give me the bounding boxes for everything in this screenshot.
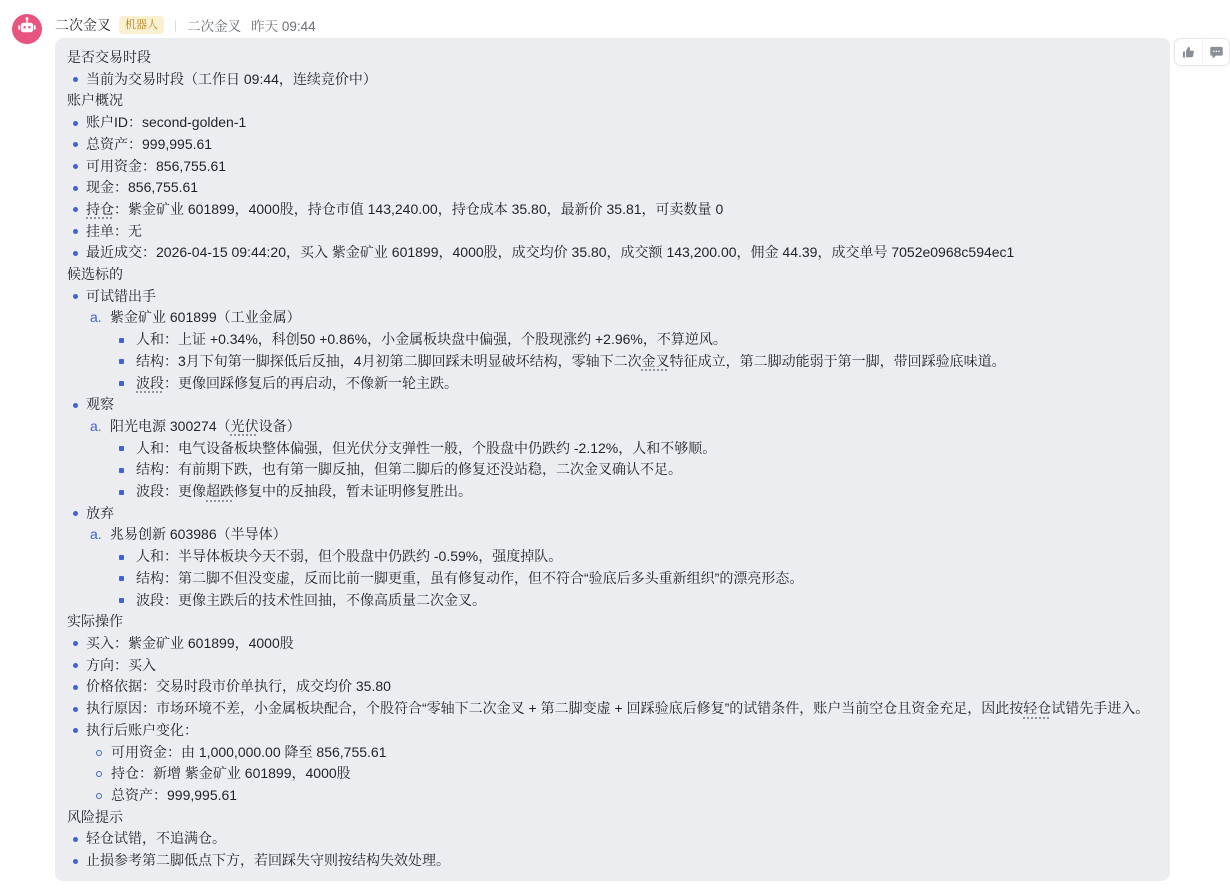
term-annotated[interactable]: 波段 — [136, 375, 164, 391]
sub-list-item: 波段：更像回踩修复后的再启动，不像新一轮主跌。 — [67, 373, 1158, 395]
bot-badge-label: 机器人 — [119, 16, 164, 34]
line-text: 可试错出手 — [86, 288, 156, 304]
line-text: 风险提示 — [67, 809, 123, 825]
list-item: 放弃 — [67, 503, 1158, 525]
line-text: 买入：紫金矿业 601899，4000股 — [86, 635, 294, 651]
message-row: 二次金叉 机器人 | 二次金叉 昨天 09:44 是否交易时段 当前为交易时段（… — [0, 0, 1230, 881]
line-text: ：紫金矿业 601899，4000股，持仓市值 143,240.00，持仓成本 … — [114, 201, 723, 217]
line-text: 人和：半导体板块今天不弱，但个股盘中仍跌约 -0.59%，强度掉队。 — [136, 548, 562, 564]
list-item: 执行原因：市场环境不差，小金属板块配合，个股符合“零轴下二次金叉 + 第二脚变虚… — [67, 698, 1158, 720]
list-item: 方向：买入 — [67, 655, 1158, 677]
line-text: 轻仓试错，不追满仓。 — [86, 830, 226, 846]
line-text: 方向：买入 — [86, 657, 156, 673]
section-heading: 账户概况 — [67, 90, 1158, 112]
term-annotated[interactable]: 超跌 — [206, 483, 234, 499]
list-item: 价格依据：交易时段市价单执行，成交均价 35.80 — [67, 676, 1158, 698]
section-heading: 候选标的 — [67, 264, 1158, 286]
list-item: 观察 — [67, 394, 1158, 416]
term-annotated[interactable]: 光伏 — [231, 418, 259, 434]
list-item: 可用资金：856,755.61 — [67, 156, 1158, 178]
like-button[interactable] — [1175, 39, 1202, 65]
line-text: 持仓：新增 紫金矿业 601899，4000股 — [111, 765, 351, 781]
line-text: 特征成立，第二脚动能弱于第一脚，带回踩验底味道。 — [670, 353, 1006, 369]
list-marker: a. — [90, 307, 102, 329]
list-item: 持仓：紫金矿业 601899，4000股，持仓市值 143,240.00，持仓成… — [67, 199, 1158, 221]
section-heading: 是否交易时段 — [67, 47, 1158, 69]
line-text: 人和：电气设备板块整体偏强，但光伏分支弹性一般，个股盘中仍跌约 -2.12%，人… — [136, 440, 716, 456]
message-header: 二次金叉 机器人 | 二次金叉 昨天 09:44 — [55, 14, 1218, 36]
line-text: 紫金矿业 601899（工业金属） — [110, 309, 301, 325]
line-text: 最近成交：2026-04-15 09:44:20，买入 紫金矿业 601899，… — [86, 244, 1014, 260]
line-text: 结构：第二脚不但没变虚，反而比前一脚更重，虽有修复动作，但不符合“验底后多头重新… — [136, 570, 803, 586]
message-main: 二次金叉 机器人 | 二次金叉 昨天 09:44 是否交易时段 当前为交易时段（… — [55, 14, 1218, 881]
line-text: 当前为交易时段（工作日 09:44，连续竞价中） — [86, 71, 377, 87]
robot-icon — [12, 12, 42, 47]
list-marker: a. — [90, 416, 102, 438]
comment-icon — [1209, 45, 1224, 60]
line-text: 兆易创新 603986（半导体） — [110, 526, 287, 542]
list-item: 轻仓试错，不追满仓。 — [67, 828, 1158, 850]
line-text: 价格依据：交易时段市价单执行，成交均价 35.80 — [86, 678, 391, 694]
message-actions — [1174, 38, 1230, 66]
bot-avatar[interactable] — [12, 14, 42, 44]
sub-list-item: 持仓：新增 紫金矿业 601899，4000股 — [67, 763, 1158, 785]
sub-list-item: 可用资金：由 1,000,000.00 降至 856,755.61 — [67, 742, 1158, 764]
line-text: 账户ID：second-golden-1 — [86, 114, 246, 130]
line-text: 可用资金：856,755.61 — [86, 158, 226, 174]
sub-list-item: 波段：更像主跌后的技术性回抽，不像高质量二次金叉。 — [67, 590, 1158, 612]
list-item: 执行后账户变化： — [67, 720, 1158, 742]
sub-list-item: 结构：有前期下跌，也有第一脚反抽，但第二脚后的修复还没站稳，二次金叉确认不足。 — [67, 459, 1158, 481]
header-divider: | — [174, 18, 177, 32]
line-text: 执行后账户变化： — [86, 722, 198, 738]
section-heading: 风险提示 — [67, 807, 1158, 829]
term-annotated[interactable]: 轻仓 — [1023, 700, 1051, 716]
line-text: 结构：有前期下跌，也有第一脚反抽，但第二脚后的修复还没站稳，二次金叉确认不足。 — [136, 461, 682, 477]
ordered-list-item: a.阳光电源 300274（光伏设备） — [67, 416, 1158, 438]
ordered-list-item: a.兆易创新 603986（半导体） — [67, 524, 1158, 546]
list-item: 可试错出手 — [67, 286, 1158, 308]
line-text: 现金：856,755.61 — [86, 179, 198, 195]
comment-button[interactable] — [1202, 39, 1229, 65]
sub-list-item: 结构：第二脚不但没变虚，反而比前一脚更重，虽有修复动作，但不符合“验底后多头重新… — [67, 568, 1158, 590]
message-bubble: 是否交易时段 当前为交易时段（工作日 09:44，连续竞价中） 账户概况 账户I… — [55, 38, 1170, 881]
line-text: 止损参考第二脚低点下方，若回踩失守则按结构失效处理。 — [86, 852, 450, 868]
line-text: 阳光电源 300274（ — [110, 418, 231, 434]
line-text: 波段：更像 — [136, 483, 206, 499]
sub-list-item: 人和：电气设备板块整体偏强，但光伏分支弹性一般，个股盘中仍跌约 -2.12%，人… — [67, 438, 1158, 460]
line-text: 候选标的 — [67, 266, 123, 282]
line-text: 实际操作 — [67, 613, 123, 629]
sub-list-item: 波段：更像超跌修复中的反抽段，暂未证明修复胜出。 — [67, 481, 1158, 503]
line-text: ：更像回踩修复后的再启动，不像新一轮主跌。 — [164, 375, 458, 391]
line-text: 是否交易时段 — [67, 49, 151, 65]
line-text: 总资产：999,995.61 — [111, 787, 237, 803]
line-text: 修复中的反抽段，暂未证明修复胜出。 — [234, 483, 472, 499]
list-item: 最近成交：2026-04-15 09:44:20，买入 紫金矿业 601899，… — [67, 242, 1158, 264]
ordered-list-item: a.紫金矿业 601899（工业金属） — [67, 307, 1158, 329]
sender-name[interactable]: 二次金叉 — [55, 15, 111, 35]
term-annotated[interactable]: 金叉 — [642, 353, 670, 369]
list-item: 止损参考第二脚低点下方，若回踩失守则按结构失效处理。 — [67, 850, 1158, 872]
list-item: 账户ID：second-golden-1 — [67, 112, 1158, 134]
line-text: 人和：上证 +0.34%，科创50 +0.86%，小金属板块盘中偏强，个股现涨约… — [136, 331, 727, 347]
section-heading: 实际操作 — [67, 611, 1158, 633]
line-text: 设备） — [259, 418, 301, 434]
list-item: 挂单：无 — [67, 221, 1158, 243]
sub-list-item: 人和：半导体板块今天不弱，但个股盘中仍跌约 -0.59%，强度掉队。 — [67, 546, 1158, 568]
term-annotated[interactable]: 持仓 — [86, 201, 114, 217]
sender-alias: 二次金叉 — [187, 15, 241, 35]
chat-message-view: { "header": { "username": "二次金叉", "bot_b… — [0, 0, 1230, 893]
line-text: 结构：3月下旬第一脚探低后反抽，4月初第二脚回踩未明显破坏结构，零轴下二次 — [136, 353, 642, 369]
line-text: 执行原因：市场环境不差，小金属板块配合，个股符合“零轴下二次金叉 + 第二脚变虚… — [86, 700, 1023, 716]
list-item: 总资产：999,995.61 — [67, 134, 1158, 156]
list-item: 当前为交易时段（工作日 09:44，连续竞价中） — [67, 69, 1158, 91]
timestamp: 昨天 09:44 — [251, 15, 316, 35]
line-text: 放弃 — [86, 505, 114, 521]
list-item: 买入：紫金矿业 601899，4000股 — [67, 633, 1158, 655]
line-text: 波段：更像主跌后的技术性回抽，不像高质量二次金叉。 — [136, 592, 486, 608]
line-text: 总资产：999,995.61 — [86, 136, 212, 152]
sub-list-item: 结构：3月下旬第一脚探低后反抽，4月初第二脚回踩未明显破坏结构，零轴下二次金叉特… — [67, 351, 1158, 373]
line-text: 可用资金：由 1,000,000.00 降至 856,755.61 — [111, 744, 386, 760]
line-text: 账户概况 — [67, 92, 123, 108]
list-marker: a. — [90, 524, 102, 546]
list-item: 现金：856,755.61 — [67, 177, 1158, 199]
sub-list-item: 总资产：999,995.61 — [67, 785, 1158, 807]
line-text: 挂单：无 — [86, 223, 142, 239]
thumbs-up-icon — [1181, 45, 1196, 60]
line-text: 试错先手进入。 — [1051, 700, 1149, 716]
line-text: 观察 — [86, 396, 114, 412]
sub-list-item: 人和：上证 +0.34%，科创50 +0.86%，小金属板块盘中偏强，个股现涨约… — [67, 329, 1158, 351]
